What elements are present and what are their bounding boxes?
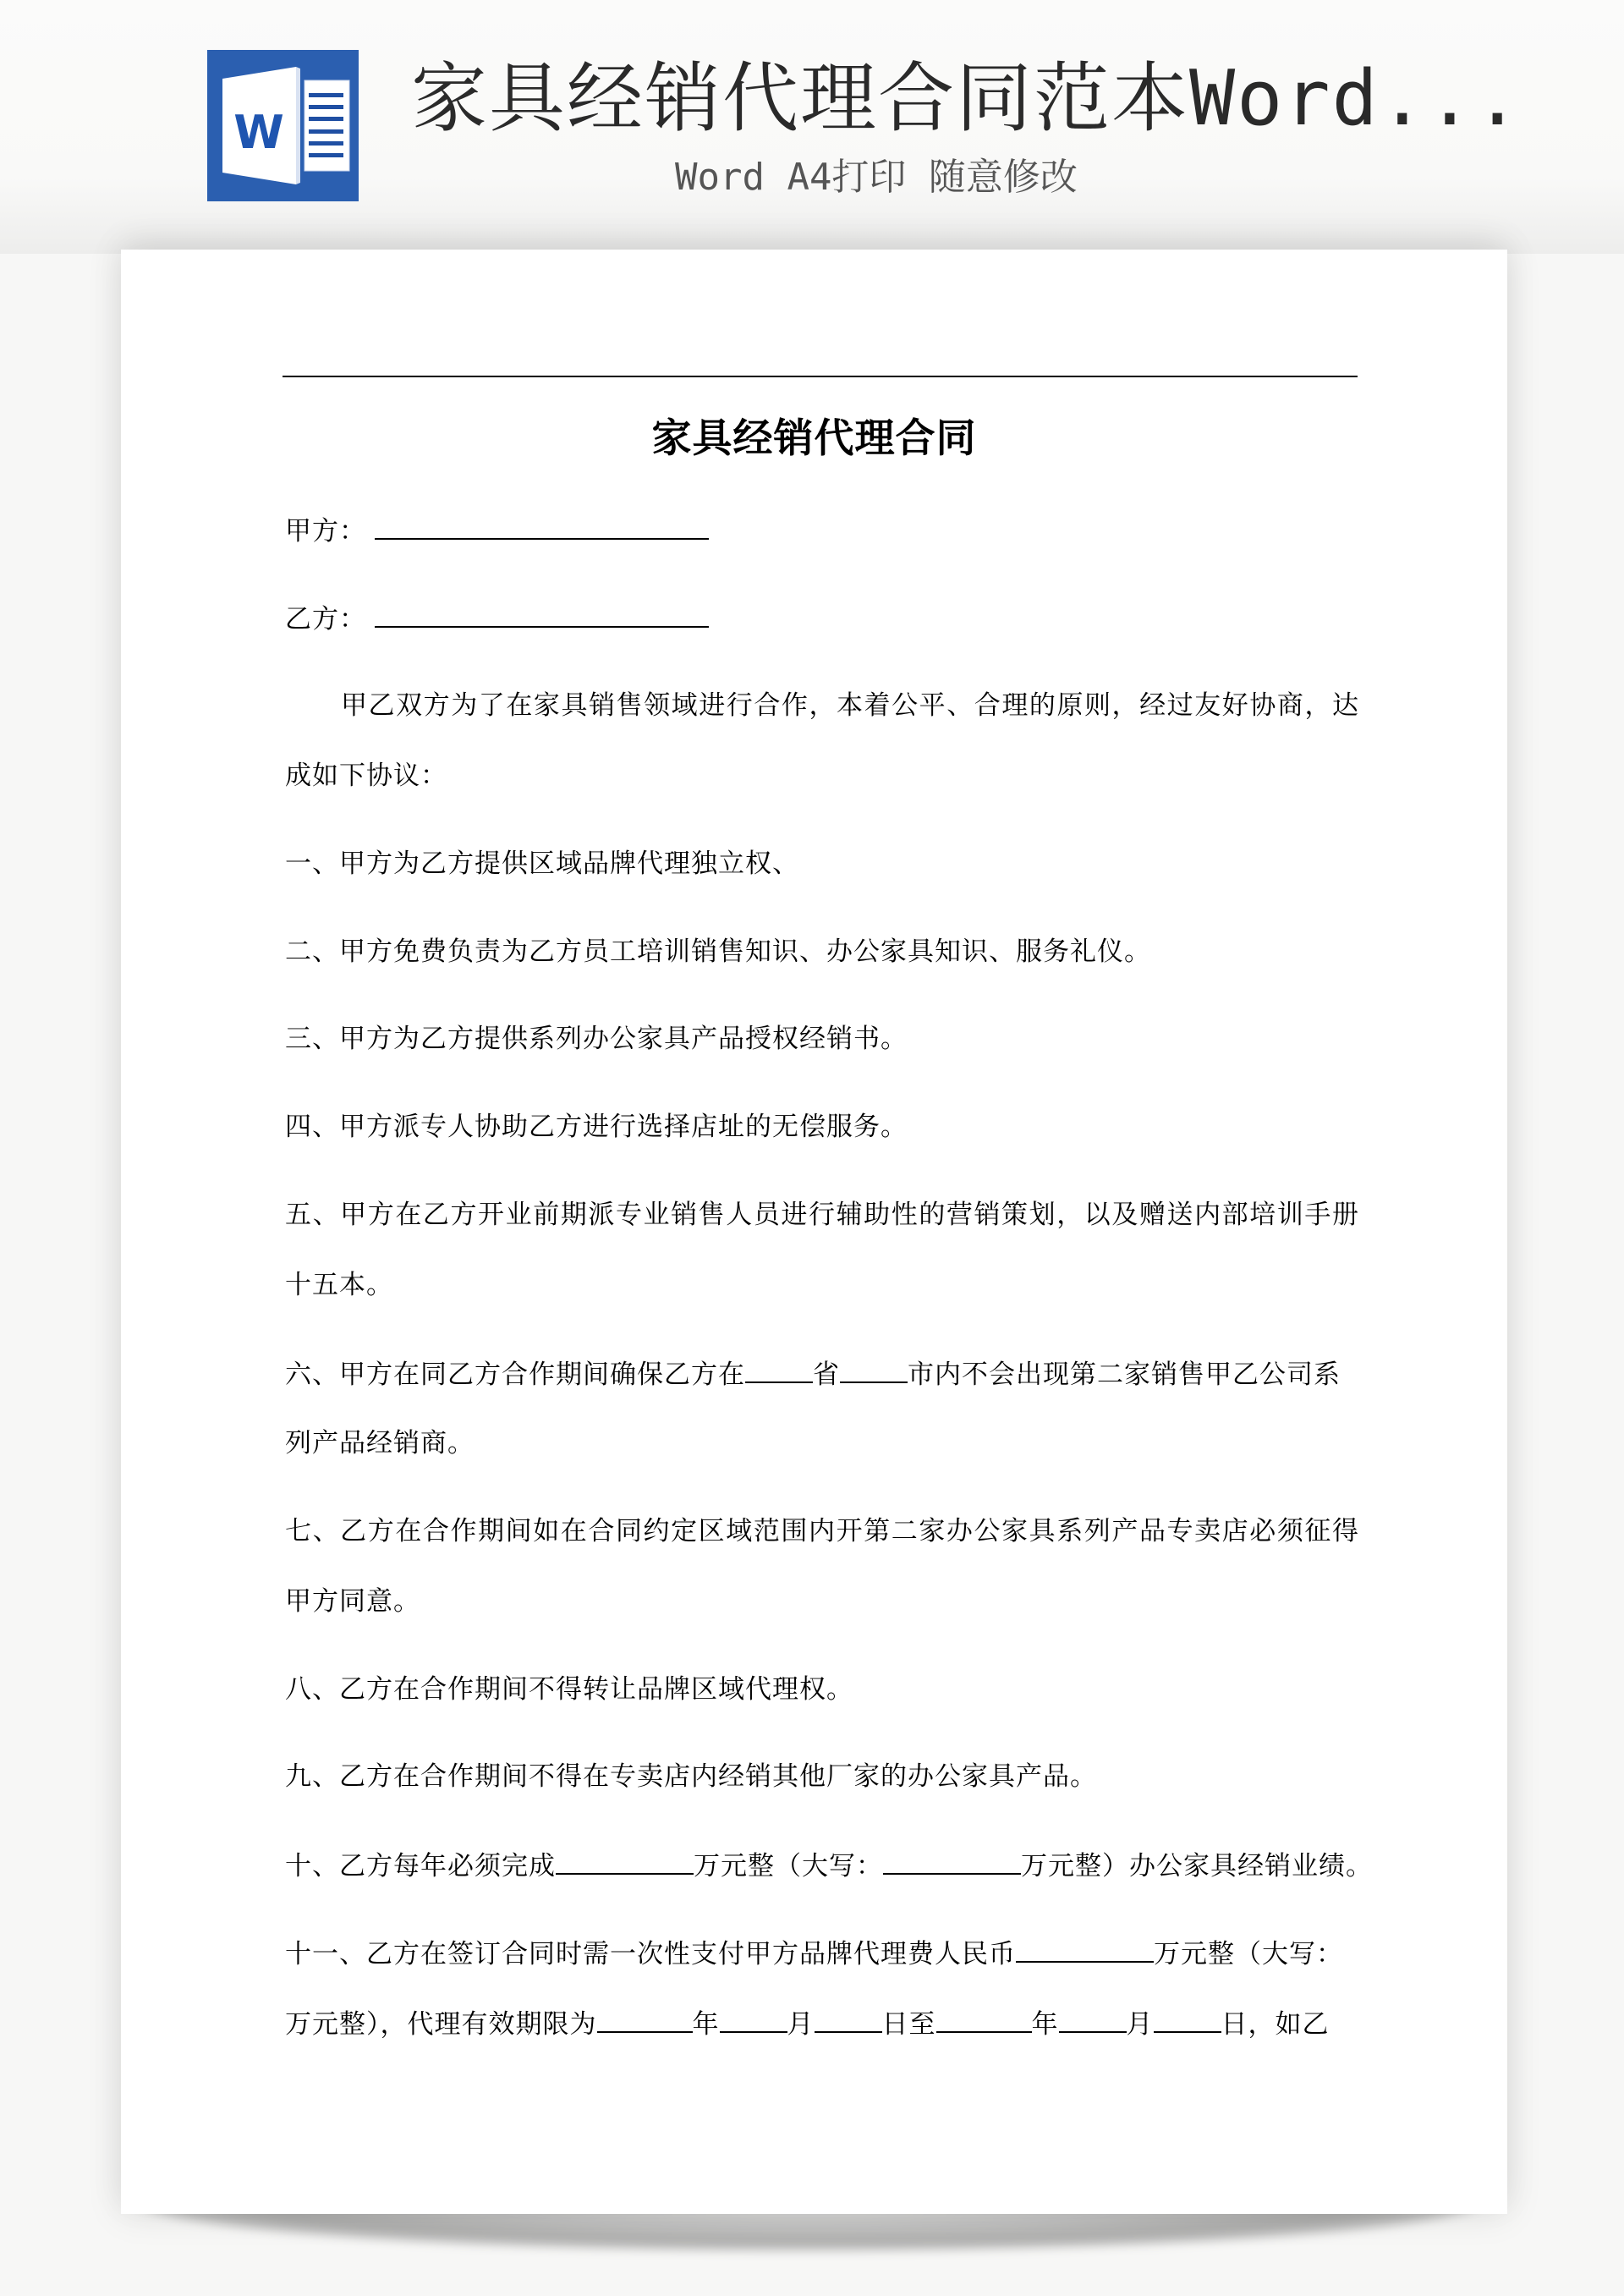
start-year-blank[interactable] bbox=[597, 2006, 693, 2033]
clause-10-text-3: 万元整）办公家具经销业绩。 bbox=[1021, 1851, 1373, 1881]
clause-4: 四、甲方派专人协助乙方进行选择店址的无偿服务。 bbox=[285, 1110, 1359, 1144]
month-label-2: 月 bbox=[1127, 2009, 1154, 2040]
party-a-line: 甲方： bbox=[285, 513, 1359, 548]
clause-7-line-1: 七、乙方在合作期间如在合同约定区域范围内开第二家办公家具系列产品专卖店必须征得 bbox=[285, 1514, 1359, 1548]
province-blank[interactable] bbox=[745, 1356, 813, 1383]
clause-5-line-2: 十五本。 bbox=[285, 1268, 1359, 1302]
clause-6-line-2: 列产品经销商。 bbox=[285, 1426, 1359, 1460]
party-b-line: 乙方： bbox=[285, 601, 1359, 636]
party-a-label: 甲方： bbox=[285, 516, 366, 547]
agency-fee-blank[interactable] bbox=[1016, 1936, 1154, 1963]
clause-5-line-1: 五、甲方在乙方开业前期派专业销售人员进行辅助性的营销策划，以及赠送内部培训手册 bbox=[285, 1198, 1359, 1232]
clause-6-text-3: 市内不会出现第二家销售甲乙公司系 bbox=[908, 1359, 1341, 1390]
clause-11-line-1: 十一、乙方在签订合同时需一次性支付甲方品牌代理费人民币万元整（大写： bbox=[285, 1936, 1359, 1971]
clause-3: 三、甲方为乙方提供系列办公家具产品授权经销书。 bbox=[285, 1022, 1359, 1056]
document-page: 家具经销代理合同 甲方： 乙方： 甲乙双方为了在家具销售领域进行合作，本着公平、… bbox=[121, 250, 1507, 2214]
clause-10-text-1: 十、乙方每年必须完成 bbox=[285, 1851, 556, 1881]
annual-target-words-blank[interactable] bbox=[883, 1848, 1021, 1875]
party-b-label: 乙方： bbox=[285, 604, 366, 634]
header-title: 家具经销代理合同范本Word... bbox=[411, 49, 1522, 149]
word-document-icon: W bbox=[207, 50, 359, 201]
end-year-blank[interactable] bbox=[936, 2006, 1032, 2033]
clause-1: 一、甲方为乙方提供区域品牌代理独立权、 bbox=[285, 847, 1359, 881]
clause-6-text-2: 省 bbox=[813, 1359, 840, 1390]
clause-10: 十、乙方每年必须完成万元整（大写：万元整）办公家具经销业绩。 bbox=[285, 1848, 1359, 1883]
document-title: 家具经销代理合同 bbox=[121, 416, 1507, 462]
year-label-2: 年 bbox=[1032, 2009, 1059, 2040]
day-to-label: 日至 bbox=[882, 2009, 936, 2040]
intro-line-1: 甲乙双方为了在家具销售领域进行合作，本着公平、合理的原则，经过友好协商，达 bbox=[285, 689, 1359, 722]
svg-text:W: W bbox=[233, 106, 284, 159]
clause-7-line-2: 甲方同意。 bbox=[285, 1585, 1359, 1618]
clause-9: 九、乙方在合作期间不得在专卖店内经销其他厂家的办公家具产品。 bbox=[285, 1760, 1359, 1793]
clause-11-line-2: 万元整），代理有效期限为年月日至年月日，如乙 bbox=[285, 2006, 1359, 2041]
clause-11-text-2: 万元整（大写： bbox=[1154, 1939, 1343, 1969]
intro-line-2: 成如下协议： bbox=[285, 759, 1359, 793]
header-banner: W 家具经销代理合同范本Word... Word A4打印 随意修改 bbox=[0, 0, 1624, 254]
city-blank[interactable] bbox=[840, 1356, 908, 1383]
clause-11-text-3: 万元整），代理有效期限为 bbox=[285, 2009, 597, 2040]
clause-6-text-1: 六、甲方在同乙方合作期间确保乙方在 bbox=[285, 1359, 745, 1390]
clause-2: 二、甲方免费负责为乙方员工培训销售知识、办公家具知识、服务礼仪。 bbox=[285, 935, 1359, 969]
clause-10-text-2: 万元整（大写： bbox=[694, 1851, 883, 1881]
month-label-1: 月 bbox=[787, 2009, 815, 2040]
clause-6-line-1: 六、甲方在同乙方合作期间确保乙方在省市内不会出现第二家销售甲乙公司系 bbox=[285, 1356, 1359, 1392]
annual-target-blank[interactable] bbox=[556, 1848, 694, 1875]
start-day-blank[interactable] bbox=[815, 2006, 882, 2033]
party-a-blank[interactable] bbox=[375, 513, 709, 540]
header-rule bbox=[283, 376, 1358, 377]
party-b-blank[interactable] bbox=[375, 601, 709, 628]
clause-11-text-1: 十一、乙方在签订合同时需一次性支付甲方品牌代理费人民币 bbox=[285, 1939, 1016, 1969]
end-month-blank[interactable] bbox=[1059, 2006, 1127, 2033]
year-label-1: 年 bbox=[693, 2009, 720, 2040]
end-day-blank[interactable] bbox=[1154, 2006, 1221, 2033]
clause-11-tail: 日，如乙 bbox=[1221, 2009, 1330, 2040]
start-month-blank[interactable] bbox=[720, 2006, 787, 2033]
clause-8: 八、乙方在合作期间不得转让品牌区域代理权。 bbox=[285, 1673, 1359, 1706]
header-subtitle: Word A4打印 随意修改 bbox=[675, 152, 1078, 203]
